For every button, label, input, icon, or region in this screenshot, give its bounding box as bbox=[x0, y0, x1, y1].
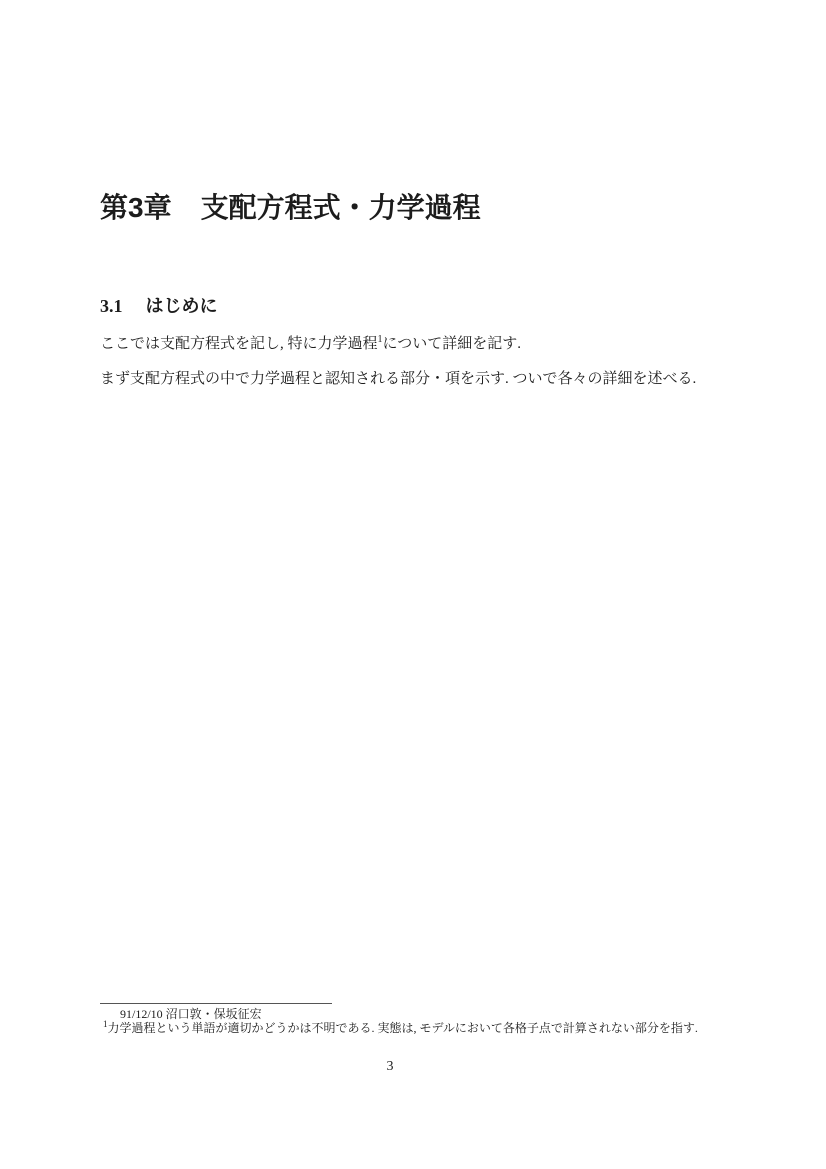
paragraph-1-text-after: について詳細を記す. bbox=[383, 336, 521, 352]
paragraph-1: ここでは支配方程式を記し, 特に力学過程1について詳細を記す. bbox=[100, 336, 521, 353]
document-page: 第3章支配方程式・力学過程 3.1はじめに ここでは支配方程式を記し, 特に力学… bbox=[0, 0, 826, 1169]
page-number: 3 bbox=[100, 1059, 680, 1075]
chapter-number: 第3章 bbox=[100, 192, 172, 223]
footnote-credit-line: 91/12/10 沼口敦・保坂征宏 bbox=[120, 1007, 262, 1021]
paragraph-2: まず支配方程式の中で力学過程と認知される部分・項を示す. ついで各々の詳細を述べ… bbox=[100, 371, 696, 388]
section-number: 3.1 bbox=[100, 296, 123, 316]
paragraph-1-text: ここでは支配方程式を記し, 特に力学過程 bbox=[100, 336, 378, 352]
footnote-rule bbox=[100, 1003, 332, 1004]
chapter-heading: 第3章支配方程式・力学過程 bbox=[100, 191, 481, 225]
footnote-1: 1力学過程という単語が適切かどうかは不明である. 実態は, モデルにおいて各格子… bbox=[103, 1021, 698, 1035]
chapter-title: 支配方程式・力学過程 bbox=[201, 192, 481, 223]
section-heading: 3.1はじめに bbox=[100, 296, 218, 318]
section-title: はじめに bbox=[146, 296, 218, 316]
footnote-1-text: 力学過程という単語が適切かどうかは不明である. 実態は, モデルにおいて各格子点… bbox=[108, 1021, 698, 1035]
